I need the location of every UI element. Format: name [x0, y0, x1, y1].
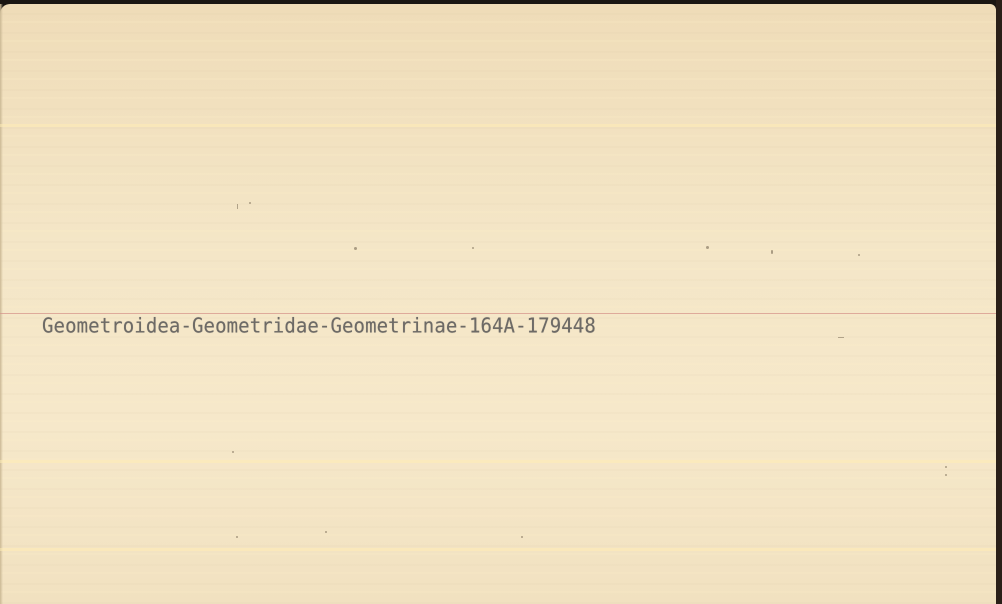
paper-speck	[232, 451, 234, 453]
paper-speck	[706, 246, 709, 249]
paper-speck	[249, 202, 251, 204]
paper-mark	[838, 337, 844, 338]
paper-speck	[521, 536, 523, 538]
paper-speck	[472, 247, 474, 249]
paper-speck	[858, 254, 860, 256]
paper-speck	[945, 466, 947, 468]
paper-speck	[771, 250, 773, 254]
paper-speck	[325, 531, 327, 533]
scan-border	[996, 0, 1002, 604]
paper-band	[0, 124, 996, 127]
index-card: Geometroidea-Geometridae-Geometrinae-164…	[0, 4, 996, 604]
catalog-label-text: Geometroidea-Geometridae-Geometrinae-164…	[42, 314, 596, 338]
paper-speck	[354, 247, 357, 250]
card-left-edge	[0, 4, 3, 604]
paper-speck	[236, 536, 238, 538]
paper-speck	[945, 474, 947, 476]
paper-band	[0, 460, 996, 463]
paper-mark	[237, 204, 238, 209]
paper-band	[0, 548, 996, 551]
